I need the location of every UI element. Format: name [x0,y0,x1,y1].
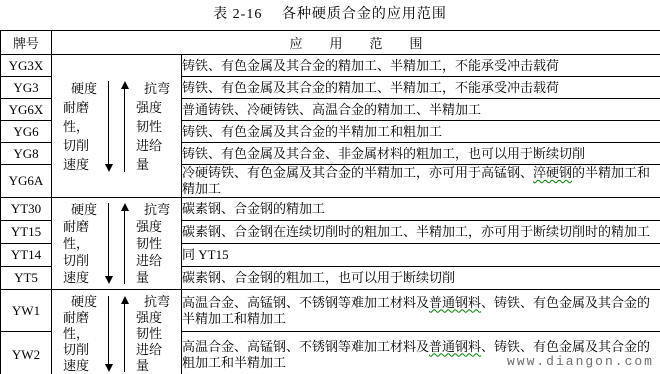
application-header-label: 应用范围 [263,33,450,52]
brand-cell: YT15 [1,221,52,244]
application-cell: 碳素钢、合金钢在连续切削时的粗加工、半精加工，亦可用于断续切削时的精加工 [182,221,660,244]
strength-toughness-feed-label: 抗弯强度韧性进给量 [136,201,170,286]
property-trend-diagram: 硬度耐磨性，切削速度抗弯强度韧性进给量 [52,201,181,286]
hardness-wear-speed-label: 硬度耐磨性，切削速度 [63,201,97,286]
application-text: 铸铁、有色金属及其合金的精加工、半精加工，不能承受冲击载荷 [182,80,559,95]
table-title: 表 2-16 各种硬质合金的应用范围 [0,0,660,30]
brand-cell: YG3 [1,77,52,99]
brand-cell: YG8 [1,143,52,165]
application-cell: 碳素钢、合金钢的精加工 [182,198,660,221]
strength-toughness-feed-label: 抗弯强度韧性进给量 [136,294,170,374]
brand-header-cell: 牌号 [1,31,52,55]
decrease-arrow-icon [104,203,113,284]
spellcheck-underlined-text: 普通钢料 [429,339,481,354]
property-trend-cell: 硬度耐磨性，切削速度抗弯强度韧性进给量 [52,290,182,374]
brand-cell: YW2 [1,332,52,374]
hardness-wear-speed-label: 硬度耐磨性，切削速度 [63,79,97,174]
application-cell: 高温合金、高锰钢、不锈钢等难加工材料及普通钢料、铸铁、有色金属及其合金的半精加工… [182,290,660,332]
application-cell: 冷硬铸铁、有色金属及其合金的半精加工，亦可用于高锰钢、淬硬钢的半精加工和精加工 [182,165,660,198]
application-header-cell: 应用范围 [52,31,660,55]
property-trend-diagram: 硬度耐磨性，切削速度抗弯强度韧性进给量 [52,294,181,374]
increase-arrow-icon [120,203,129,284]
application-text: 铸铁、有色金属及其合金的精加工、半精加工，不能承受冲击载荷 [182,58,559,73]
application-cell: 普通铸铁、冷硬铸铁、高温合金的精加工、半精加工 [182,99,660,121]
brand-cell: YG6A [1,165,52,198]
document-page: 表 2-16 各种硬质合金的应用范围 牌号 应用范围 YG3X硬度耐磨性，切削速… [0,0,660,374]
property-trend-cell: 硬度耐磨性，切削速度抗弯强度韧性进给量 [52,55,182,198]
table-row: YW1硬度耐磨性，切削速度抗弯强度韧性进给量高温合金、高锰钢、不锈钢等难加工材料… [1,290,660,332]
watermark: www.diangon.com [507,354,654,369]
decrease-arrow-icon [104,81,113,172]
application-text: 碳素钢、合金钢的精加工 [182,201,325,216]
application-text: 铸铁、有色金属及其合金的半精加工和粗加工 [182,124,442,139]
property-trend-diagram: 硬度耐磨性，切削速度抗弯强度韧性进给量 [52,79,181,174]
spellcheck-underlined-text: 淬硬钢 [533,165,572,180]
brand-cell: YG3X [1,55,52,77]
brand-cell: YG6 [1,121,52,143]
application-cell: 碳素钢、合金钢的粗加工，也可以用于断续切削 [182,267,660,290]
table-row: YT30硬度耐磨性，切削速度抗弯强度韧性进给量碳素钢、合金钢的精加工 [1,198,660,221]
application-table: 牌号 应用范围 YG3X硬度耐磨性，切削速度抗弯强度韧性进给量铸铁、有色金属及其… [0,30,660,374]
table-body: YG3X硬度耐磨性，切削速度抗弯强度韧性进给量铸铁、有色金属及其合金的精加工、半… [1,55,660,374]
table-row: YG3X硬度耐磨性，切削速度抗弯强度韧性进给量铸铁、有色金属及其合金的精加工、半… [1,55,660,77]
application-cell: 铸铁、有色金属及其合金的精加工、半精加工，不能承受冲击载荷 [182,55,660,77]
application-cell: 铸铁、有色金属及其合金的精加工、半精加工，不能承受冲击载荷 [182,77,660,99]
increase-arrow-icon [120,81,129,172]
increase-arrow-icon [120,296,129,372]
application-text: 同 YT15 [182,247,229,262]
header-row: 牌号 应用范围 [1,31,660,55]
application-text: 碳素钢、合金钢在连续切削时的粗加工、半精加工，亦可用于断续切削时的精加工 [182,224,650,239]
property-trend-cell: 硬度耐磨性，切削速度抗弯强度韧性进给量 [52,198,182,290]
brand-cell: YT14 [1,244,52,267]
brand-cell: YW1 [1,290,52,332]
brand-cell: YG6X [1,99,52,121]
application-text: 高温合金、高锰钢、不锈钢等难加工材料及 [182,295,429,310]
brand-cell: YT5 [1,267,52,290]
application-cell: 铸铁、有色金属及其合金的半精加工和粗加工 [182,121,660,143]
application-text: 冷硬铸铁、有色金属及其合金的半精加工，亦可用于高锰钢、 [182,165,533,180]
brand-cell: YT30 [1,198,52,221]
application-text: 高温合金、高锰钢、不锈钢等难加工材料及 [182,339,429,354]
application-text: 碳素钢、合金钢的粗加工，也可以用于断续切削 [182,270,455,285]
strength-toughness-feed-label: 抗弯强度韧性进给量 [136,79,170,174]
application-text: 铸铁、有色金属及其合金、非金属材料的粗加工，也可以用于断续切削 [182,146,585,161]
application-cell: 同 YT15 [182,244,660,267]
decrease-arrow-icon [104,296,113,372]
spellcheck-underlined-text: 普通钢料 [429,295,481,310]
application-cell: 铸铁、有色金属及其合金、非金属材料的粗加工，也可以用于断续切削 [182,143,660,165]
hardness-wear-speed-label: 硬度耐磨性，切削速度 [63,294,97,374]
application-text: 普通铸铁、冷硬铸铁、高温合金的精加工、半精加工 [182,102,481,117]
